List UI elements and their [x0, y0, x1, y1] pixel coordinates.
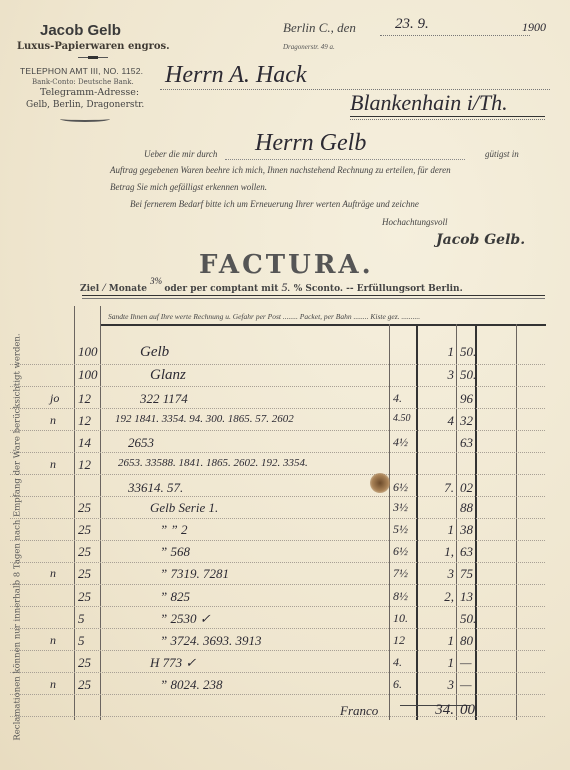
total-mark-amount: 34.: [420, 702, 454, 719]
row-mark-amount: 1,: [420, 544, 454, 560]
row-pfennig-amount: 88: [460, 500, 473, 516]
discount-unit: %: [294, 284, 303, 294]
row-mark: n: [50, 457, 56, 472]
body-line-1-end: gütigst in: [485, 149, 519, 159]
table-row: n 25 ” 8024. 238 6. 3 —: [0, 677, 570, 699]
row-mark-amount: 3: [420, 367, 454, 383]
table-row: 33614. 57. 6½ 7. 02: [0, 480, 570, 502]
row-pfennig-amount: 96: [460, 391, 473, 407]
telegram-label: Telegramm-Adresse:: [40, 87, 139, 98]
row-price: 7½: [393, 566, 408, 581]
cash-label: oder per comptant mit: [164, 284, 278, 294]
row-mark-amount: 3: [420, 566, 454, 582]
months-label: Monate: [109, 284, 147, 294]
row-desc: Glanz: [150, 367, 186, 384]
row-qty: 25: [78, 677, 91, 693]
telegram-address: Gelb, Berlin, Dragonerstr.: [26, 100, 144, 110]
table-row: n 5 ” 3724. 3693. 3913 12 1 80: [0, 633, 570, 655]
ziel-label: Ziel: [80, 284, 99, 294]
table-row: 25 ” 568 6½ 1, 63: [0, 544, 570, 566]
months-value: /: [102, 280, 105, 294]
row-price: 4.: [393, 655, 402, 670]
row-pfennig-amount: 63: [460, 544, 473, 560]
invoice-title: FACTURA.: [199, 250, 374, 280]
row-pfennig-amount: 50.: [460, 367, 476, 383]
row-qty: 14: [78, 435, 91, 451]
table-row: jo 12 322 1174 4. 96: [0, 391, 570, 413]
row-desc: ” 568: [160, 544, 190, 560]
table-row: 25 Gelb Serie 1. 3½ 88: [0, 500, 570, 522]
row-qty: 25: [78, 589, 91, 605]
row-price: 4.50: [393, 413, 411, 424]
table-row: 25 ” ” 2 5½ 1 38: [0, 522, 570, 544]
row-desc: Gelb: [140, 344, 169, 361]
city-underline: [350, 116, 545, 117]
body-line-1-start: Ueber die mir durch: [144, 149, 217, 159]
row-pfennig-amount: 02: [460, 480, 473, 496]
discount-value: 5.: [282, 280, 291, 294]
row-mark-amount: 3: [420, 677, 454, 693]
row-desc: ” 3724. 3693. 3913: [160, 633, 261, 649]
table-header-rule: [100, 324, 546, 326]
intermediary-line: [225, 159, 465, 160]
row-desc: ” 2530 ✓: [160, 611, 211, 627]
row-mark-amount: 1: [420, 655, 454, 671]
row-desc: 322 1174: [140, 391, 188, 407]
total-label: Franco: [340, 703, 378, 719]
row-desc: ” ” 2: [160, 522, 187, 538]
row-pfennig-amount: 63: [460, 435, 473, 451]
row-mark-amount: 1: [420, 633, 454, 649]
row-qty: 12: [78, 457, 91, 473]
table-row: 25 ” 825 8½ 2, 13: [0, 589, 570, 611]
terms-rule-thin: [82, 298, 545, 299]
paper-stain: [370, 473, 390, 493]
company-tagline: Luxus-Papierwaren engros.: [17, 41, 170, 52]
intermediary-name: Herrn Gelb: [255, 130, 366, 157]
row-qty: 25: [78, 522, 91, 538]
shipping-line: Sandte Ihnen auf Ihre werte Rechnung u. …: [108, 312, 420, 321]
row-qty: 25: [78, 655, 91, 671]
row-pfennig-amount: 50.: [460, 344, 476, 360]
row-desc: 33614. 57.: [128, 480, 183, 496]
row-qty: 5: [78, 633, 85, 649]
terms-rule: [82, 295, 545, 296]
body-line-3: Betrag Sie mich gefälligst erkennen woll…: [110, 182, 267, 192]
row-qty: 100: [78, 367, 98, 383]
table-row: n 12 192 1841. 3354. 94. 300. 1865. 57. …: [0, 413, 570, 435]
row-pfennig-amount: —: [460, 677, 472, 693]
row-price: 8½: [393, 589, 408, 604]
row-price: 3½: [393, 500, 408, 515]
row-price: 4½: [393, 435, 408, 450]
table-row: 25 H 773 ✓ 4. 1 —: [0, 655, 570, 677]
closing: Hochachtungsvoll: [382, 217, 448, 227]
row-qty: 25: [78, 544, 91, 560]
row-mark-amount: 2,: [420, 589, 454, 605]
payment-terms: Ziel / Monate 3% oder per comptant mit 5…: [80, 280, 463, 295]
place-label: Berlin C., den: [283, 20, 356, 36]
row-qty: 25: [78, 500, 91, 516]
row-price: 6½: [393, 544, 408, 559]
row-mark: n: [50, 633, 56, 648]
table-row: 100 Gelb 1 50.: [0, 344, 570, 366]
divider-ornament: [88, 56, 98, 59]
year-value: 1900: [522, 20, 546, 35]
company-name: Jacob Gelb: [40, 22, 121, 39]
row-price: 10.: [393, 611, 408, 626]
recipient-city: Blankenhain i/Th.: [350, 90, 508, 116]
city-dotted-line: [350, 119, 545, 120]
bank-account: Bank-Conto: Deutsche Bank.: [32, 78, 134, 86]
telephone-number: TELEPHON AMT III, NO. 1152.: [20, 66, 143, 76]
row-qty: 12: [78, 391, 91, 407]
row-desc: 2653: [128, 435, 154, 451]
row-pfennig-amount: —: [460, 655, 472, 671]
row-qty: 25: [78, 566, 91, 582]
row-price: 12: [393, 633, 405, 648]
body-line-4: Bei fernerem Bedarf bitte ich um Erneuer…: [130, 199, 419, 209]
flourish-ornament: [60, 116, 110, 122]
row-pfennig-amount: 75: [460, 566, 473, 582]
table-row: 14 2653 4½ 63: [0, 435, 570, 457]
total-pfennig-amount: 00: [460, 702, 475, 719]
table-row: 5 ” 2530 ✓ 10. 50.: [0, 611, 570, 633]
body-line-2: Auftrag gegebenen Waren beehre ich mich,…: [110, 165, 451, 175]
complaints-note: Reclamationen können nur innerhalb 8 Tag…: [13, 315, 23, 760]
table-row: n 12 2653. 33588. 1841. 1865. 2602. 192.…: [0, 457, 570, 479]
row-qty: 5: [78, 611, 85, 627]
recipient-name: Herrn A. Hack: [165, 62, 307, 89]
row-pfennig-amount: 32: [460, 413, 473, 429]
row-desc: 192 1841. 3354. 94. 300. 1865. 57. 2602: [115, 413, 294, 425]
row-pfennig-amount: 50.: [460, 611, 476, 627]
row-desc: ” 825: [160, 589, 190, 605]
row-mark: n: [50, 677, 56, 692]
row-desc: ” 7319. 7281: [160, 566, 229, 582]
row-mark-amount: 1: [420, 522, 454, 538]
row-qty: 100: [78, 344, 98, 360]
date-line: [380, 35, 530, 36]
row-desc: Gelb Serie 1.: [150, 500, 218, 516]
row-pfennig-amount: 80: [460, 633, 473, 649]
row-desc: ” 8024. 238: [160, 677, 222, 693]
table-row: 100 Glanz 3 50.: [0, 367, 570, 389]
row-pfennig-amount: 38: [460, 522, 473, 538]
row-price: 6½: [393, 480, 408, 495]
handwritten-note: 3%: [150, 276, 164, 286]
row-mark-amount: 4: [420, 413, 454, 429]
row-price: 6.: [393, 677, 402, 692]
row-desc: H 773 ✓: [150, 655, 196, 671]
row-mark: jo: [50, 391, 59, 406]
row-mark: n: [50, 413, 56, 428]
sconto-label: Sconto. -- Erfüllungsort Berlin.: [305, 284, 462, 294]
street-address: Dragonerstr. 49 a.: [283, 43, 335, 51]
row-price: 4.: [393, 391, 402, 406]
signature: Jacob Gelb.: [436, 232, 525, 248]
row-desc: 2653. 33588. 1841. 1865. 2602. 192. 3354…: [118, 457, 308, 469]
row-mark: n: [50, 566, 56, 581]
row-price: 5½: [393, 522, 408, 537]
row-mark-amount: 1: [420, 344, 454, 360]
date-value: 23. 9.: [395, 16, 429, 33]
row-qty: 12: [78, 413, 91, 429]
row-pfennig-amount: 13: [460, 589, 473, 605]
row-mark-amount: 7.: [420, 480, 454, 496]
table-row: n 25 ” 7319. 7281 7½ 3 75: [0, 566, 570, 588]
